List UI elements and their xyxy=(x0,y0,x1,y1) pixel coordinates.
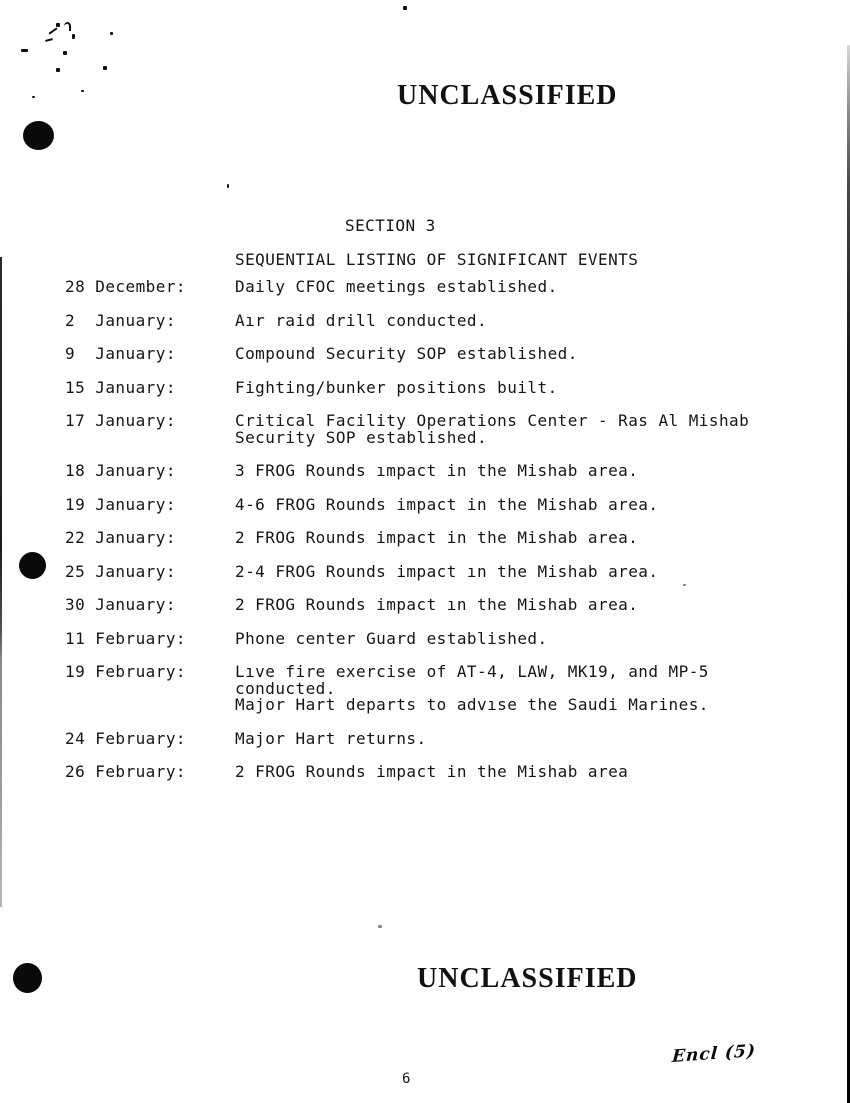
section-subtitle: SEQUENTIAL LISTING OF SIGNIFICANT EVENTS xyxy=(235,250,638,269)
event-description: 3 FROG Rounds ımpact in the Mishab area. xyxy=(235,463,795,480)
classification-banner-top: UNCLASSIFIED xyxy=(397,80,618,112)
ink-speck xyxy=(403,6,407,10)
event-description: 2 FROG Rounds impact in the Mishab area xyxy=(235,764,795,781)
ink-speck xyxy=(110,32,113,35)
ink-speck xyxy=(32,96,35,98)
ink-speck xyxy=(227,184,229,188)
event-description: Lıve fire exercise of AT-4, LAW, MK19, a… xyxy=(235,664,795,714)
ink-speck xyxy=(63,51,67,55)
event-description: Major Hart returns. xyxy=(235,731,795,748)
event-date: 28 December: xyxy=(65,279,235,296)
event-date: 2 January: xyxy=(65,313,235,330)
ink-speck xyxy=(72,34,75,39)
ink-speck xyxy=(56,23,60,27)
ink-speck xyxy=(21,49,28,52)
event-description: Critical Facility Operations Center - Ra… xyxy=(235,413,795,446)
event-date: 24 February: xyxy=(65,731,235,748)
ink-speck xyxy=(45,38,53,42)
event-description: Aır raid drill conducted. xyxy=(235,313,795,330)
event-row: 22 January:2 FROG Rounds impact in the M… xyxy=(65,530,795,547)
ink-speck xyxy=(103,66,107,70)
event-row: 9 January:Compound Security SOP establis… xyxy=(65,346,795,363)
event-row: 24 February:Major Hart returns. xyxy=(65,731,795,748)
event-description: Fighting/bunker positions built. xyxy=(235,380,795,397)
ink-speck xyxy=(378,925,382,928)
event-date: 17 January: xyxy=(65,413,235,446)
event-row: 15 January:Fighting/bunker positions bui… xyxy=(65,380,795,397)
ink-speck xyxy=(48,27,57,34)
event-row: 28 December:Daily CFOC meetings establis… xyxy=(65,279,795,296)
event-date: 9 January: xyxy=(65,346,235,363)
event-description: 2 FROG Rounds impact in the Mishab area. xyxy=(235,530,795,547)
event-description: Daily CFOC meetings established. xyxy=(235,279,795,296)
section-title: SECTION 3 xyxy=(345,216,436,235)
hole-punch-mark-icon xyxy=(23,121,54,150)
event-date: 30 January: xyxy=(65,597,235,614)
event-date: 18 January: xyxy=(65,463,235,480)
event-date: 19 February: xyxy=(65,664,235,714)
ink-speck xyxy=(64,22,71,31)
event-row: 19 February:Lıve fire exercise of AT-4, … xyxy=(65,664,795,714)
event-description: Compound Security SOP established. xyxy=(235,346,795,363)
scan-edge-line-left xyxy=(0,257,2,907)
events-list: 28 December:Daily CFOC meetings establis… xyxy=(65,279,795,798)
event-description: 4-6 FROG Rounds impact in the Mishab are… xyxy=(235,497,795,514)
event-date: 19 January: xyxy=(65,497,235,514)
event-description: Phone center Guard established. xyxy=(235,631,795,648)
event-row: 26 February:2 FROG Rounds impact in the … xyxy=(65,764,795,781)
event-row: 19 January:4-6 FROG Rounds impact in the… xyxy=(65,497,795,514)
event-row: 25 January:2-4 FROG Rounds impact ın the… xyxy=(65,564,795,581)
event-date: 15 January: xyxy=(65,380,235,397)
event-row: 18 January:3 FROG Rounds ımpact in the M… xyxy=(65,463,795,480)
event-row: 30 January:2 FROG Rounds impact ın the M… xyxy=(65,597,795,614)
event-date: 11 February: xyxy=(65,631,235,648)
handwritten-enclosure-note: Encl (5) xyxy=(671,1041,756,1067)
event-row: 17 January:Critical Facility Operations … xyxy=(65,413,795,446)
ink-speck xyxy=(56,68,60,72)
event-date: 22 January: xyxy=(65,530,235,547)
hole-punch-mark-icon xyxy=(13,963,42,993)
page-number: 6 xyxy=(402,1071,410,1087)
event-description: 2-4 FROG Rounds impact ın the Mishab are… xyxy=(235,564,795,581)
event-description: 2 FROG Rounds impact ın the Mishab area. xyxy=(235,597,795,614)
event-date: 26 February: xyxy=(65,764,235,781)
event-row: 2 January:Aır raid drill conducted. xyxy=(65,313,795,330)
classification-banner-bottom: UNCLASSIFIED xyxy=(417,963,638,995)
hole-punch-mark-icon xyxy=(19,552,46,579)
event-row: 11 February:Phone center Guard establish… xyxy=(65,631,795,648)
event-date: 25 January: xyxy=(65,564,235,581)
ink-speck xyxy=(81,90,84,92)
scanned-document-page: UNCLASSIFIED SECTION 3 SEQUENTIAL LISTIN… xyxy=(0,0,850,1103)
